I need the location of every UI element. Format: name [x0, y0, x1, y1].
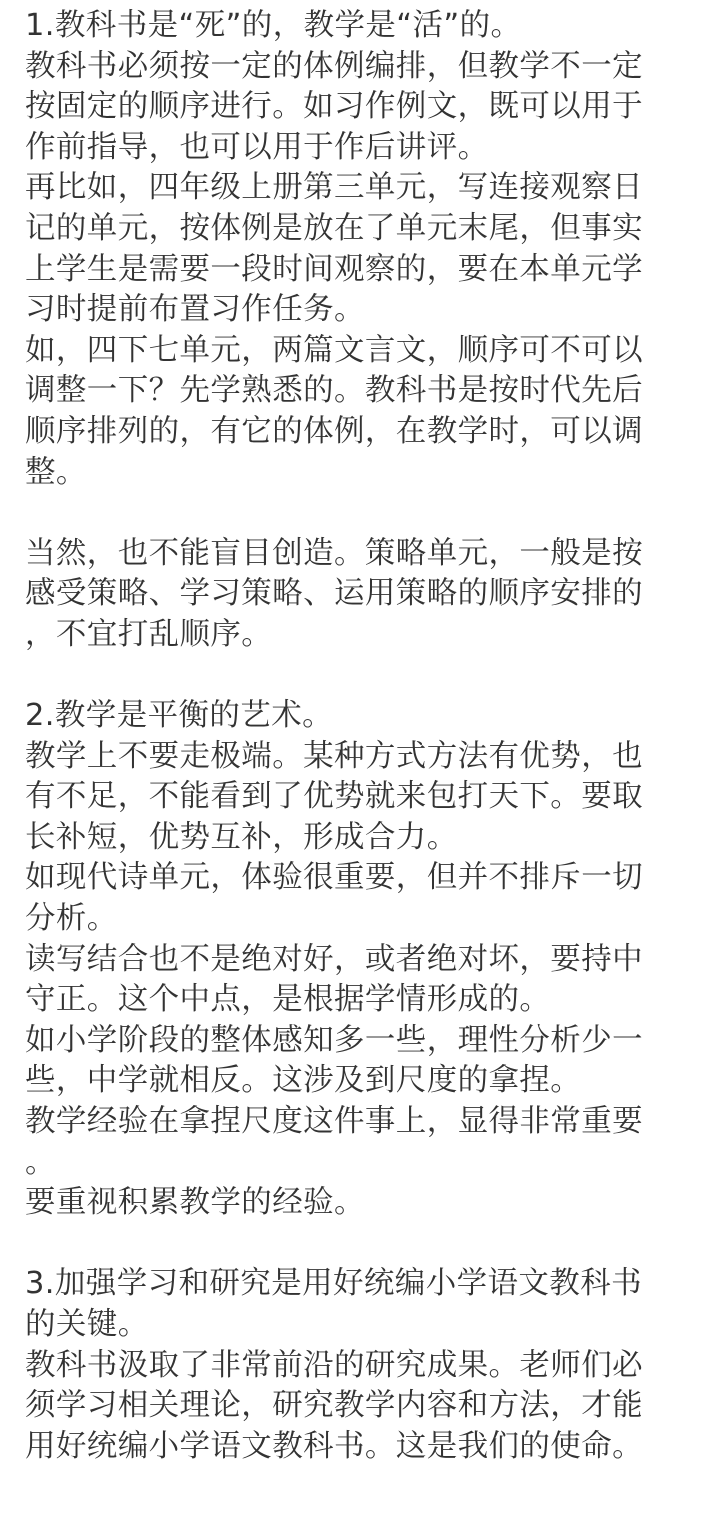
text-line: 如，四下七单元，两篇文言文，顺序可不可以 — [25, 331, 715, 372]
text-line: 用好统编小学语文教科书。这是我们的使命。 — [25, 1427, 715, 1468]
text-line: 。 — [25, 1143, 715, 1184]
text-line: 按固定的顺序进行。如习作例文，既可以用于 — [25, 87, 715, 128]
text-line: 记的单元，按体例是放在了单元末尾，但事实 — [25, 209, 715, 250]
text-line: 作前指导，也可以用于作后讲评。 — [25, 128, 715, 169]
text-line: 些，中学就相反。这涉及到尺度的拿捏。 — [25, 1061, 715, 1102]
text-line: 当然，也不能盲目创造。策略单元，一般是按 — [25, 534, 715, 575]
text-line: 须学习相关理论，研究教学内容和方法，才能 — [25, 1386, 715, 1427]
section-3: 3.加强学习和研究是用好统编小学语文教科书 的关键。 教科书汲取了非常前沿的研究… — [25, 1264, 715, 1467]
text-line: 要重视积累教学的经验。 — [25, 1183, 715, 1224]
text-line: 守正。这个中点，是根据学情形成的。 — [25, 980, 715, 1021]
text-line: ，不宜打乱顺序。 — [25, 615, 715, 656]
text-line: 调整一下？先学熟悉的。教科书是按时代先后 — [25, 371, 715, 412]
text-line: 如现代诗单元，体验很重要，但并不排斥一切 — [25, 858, 715, 899]
text-line: 再比如，四年级上册第三单元，写连接观察日 — [25, 168, 715, 209]
text-line: 习时提前布置习作任务。 — [25, 290, 715, 331]
text-line: 有不足，不能看到了优势就来包打天下。要取 — [25, 777, 715, 818]
section-heading: 2.教学是平衡的艺术。 — [25, 696, 715, 737]
text-line: 上学生是需要一段时间观察的，要在本单元学 — [25, 250, 715, 291]
text-line: 顺序排列的，有它的体例，在教学时，可以调 — [25, 412, 715, 453]
text-line: 读写结合也不是绝对好，或者绝对坏，要持中 — [25, 940, 715, 981]
section-1-note: 当然，也不能盲目创造。策略单元，一般是按 感受策略、学习策略、运用策略的顺序安排… — [25, 534, 715, 656]
text-line: 分析。 — [25, 899, 715, 940]
section-heading: 1.教科书是“死”的，教学是“活”的。 — [25, 6, 715, 47]
text-line: 感受策略、学习策略、运用策略的顺序安排的 — [25, 574, 715, 615]
text-line: 教科书必须按一定的体例编排，但教学不一定 — [25, 47, 715, 88]
text-line: 教科书汲取了非常前沿的研究成果。老师们必 — [25, 1346, 715, 1387]
text-line: 教学经验在拿捏尺度这件事上，显得非常重要 — [25, 1102, 715, 1143]
text-line: 的关键。 — [25, 1305, 715, 1346]
text-line: 如小学阶段的整体感知多一些，理性分析少一 — [25, 1021, 715, 1062]
paragraph-gap — [25, 656, 715, 697]
text-line: 长补短，优势互补，形成合力。 — [25, 818, 715, 859]
paragraph-gap — [25, 493, 715, 534]
document-body: 1.教科书是“死”的，教学是“活”的。 教科书必须按一定的体例编排，但教学不一定… — [0, 0, 715, 1467]
section-1: 1.教科书是“死”的，教学是“活”的。 教科书必须按一定的体例编排，但教学不一定… — [25, 6, 715, 493]
text-line: 教学上不要走极端。某种方式方法有优势，也 — [25, 737, 715, 778]
section-heading: 3.加强学习和研究是用好统编小学语文教科书 — [25, 1264, 715, 1305]
paragraph-gap — [25, 1224, 715, 1265]
section-2: 2.教学是平衡的艺术。 教学上不要走极端。某种方式方法有优势，也 有不足，不能看… — [25, 696, 715, 1224]
text-line: 整。 — [25, 453, 715, 494]
